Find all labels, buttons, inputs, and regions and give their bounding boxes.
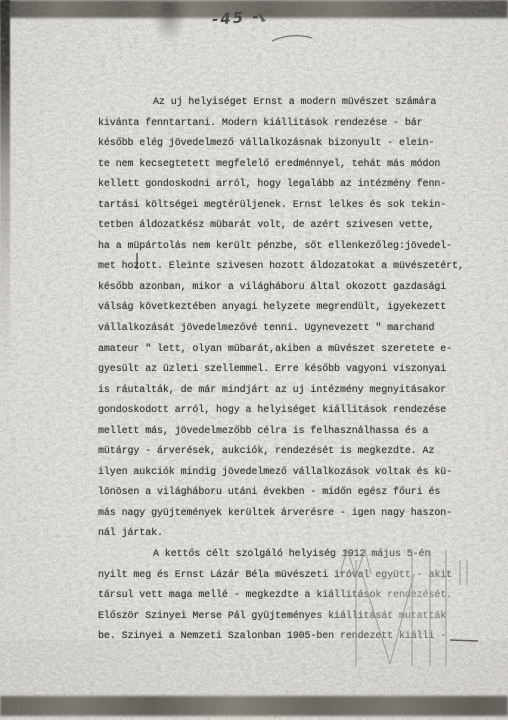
text-line: ilyen aukciók mindig jövedelmező vállalk… <box>98 463 490 484</box>
text-line: vállalkozását jövedelmezővé tenni. Ugyne… <box>98 319 490 340</box>
text-line: is ráutalták, de már mindjárt az uj inté… <box>98 381 490 402</box>
text-line: nál jártak. <box>98 524 490 545</box>
text-line: tartási költségei megtérüljenek. Ernst l… <box>98 196 490 217</box>
text-line: amateur " lett, olyan mübarát,akiben a m… <box>98 340 490 361</box>
text-line: gyesült az üzleti szellemmel. Erre későb… <box>98 360 490 381</box>
handwritten-page-number: -45 - <box>211 7 261 28</box>
text-line: mütárgy - árverések, aukciók, rendezését… <box>98 442 490 463</box>
typewritten-text: Az uj helyiséget Ernst a modern müvészet… <box>98 93 490 648</box>
handwritten-stroke <box>272 36 312 41</box>
text-line: Az uj helyiséget Ernst a modern müvészet… <box>98 93 490 114</box>
text-line: Először Szinyei Merse Pál gyüjteményes k… <box>98 607 490 628</box>
text-line: ha a müpártolás nem került pénzbe, sőt e… <box>98 237 490 258</box>
text-line: gondoskodott arról, hogy a helyiséget ki… <box>98 401 490 422</box>
text-line: te nem kecsegtetett megfelelő eredménnye… <box>98 155 490 176</box>
text-line: válság következtében anyagi helyzete meg… <box>98 298 490 319</box>
text-line: társul vett maga mellé - megkezdte a kiá… <box>98 586 490 607</box>
text-line: mellett más, jövedelmezőbb célra is felh… <box>98 422 490 443</box>
text-line: lönösen a világháboru utáni években - mi… <box>98 483 490 504</box>
text-line: be. Szinyei a Nemzeti Szalonban 1905-ben… <box>98 627 490 648</box>
scanned-document-page: -45 - Az uj helyiséget Ernst a modern mü… <box>0 0 508 720</box>
text-line: nyilt meg és Ernst Lázár Béla müvészeti … <box>98 566 490 587</box>
scan-artifact-left-edge <box>0 0 10 380</box>
text-line: később azonban, mikor a világháboru álta… <box>98 278 490 299</box>
scan-artifact-bottom-band <box>0 696 508 716</box>
text-line: A kettős célt szolgáló helyiség 1912 máj… <box>98 545 490 566</box>
text-line: met hozott. Eleinte szivesen hozott áldo… <box>98 257 490 278</box>
text-line: kellett gondoskodni arról, hogy legalább… <box>98 175 490 196</box>
text-line: tetben áldozatkész mübarát volt, de azér… <box>98 216 490 237</box>
text-line: kivánta fenntartani. Modern kiállitások … <box>98 114 490 135</box>
text-line: később elég jövedelmező vállalkozásnak b… <box>98 134 490 155</box>
text-line: más nagy gyüjtemények kerültek árverésre… <box>98 504 490 525</box>
scan-smudge <box>152 2 186 44</box>
